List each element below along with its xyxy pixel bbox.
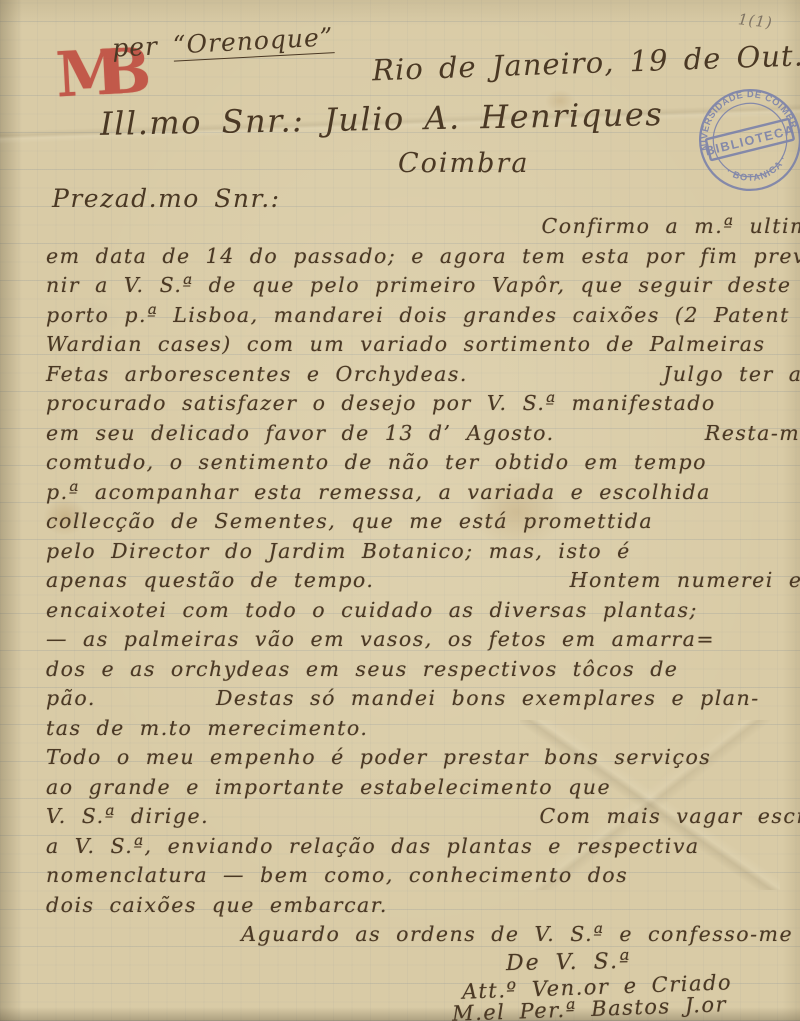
letter-line: — as palmeiras vão em vasos, os fetos em… <box>46 625 790 655</box>
letter-line: comtudo, o sentimento de não ter obtido … <box>46 448 790 478</box>
letter-line: Fetas arborescentes e Orchydeas. Julgo t… <box>46 360 790 390</box>
letter-line: encaixotei com todo o cuidado as diversa… <box>46 596 790 626</box>
letter-line: collecção de Sementes, que me está prome… <box>46 507 790 537</box>
letter-body: Confirmo a m.ª ultima a V. S.ªem data de… <box>46 212 790 950</box>
letter-line: pão. Destas só mandei bons exemplares e … <box>46 684 790 714</box>
library-stamp: UNIVERSIDADE DE COIMBRA · BOTANICA · BIB… <box>694 84 800 196</box>
letter-line: apenas questão de tempo. Hontem numerei … <box>46 566 790 596</box>
letter-line: V. S.ª dirige. Com mais vagar escreverei <box>46 802 790 832</box>
letter-line: Aguardo as ordens de V. S.ª e confesso-m… <box>46 920 790 950</box>
letter-line: ao grande e importante estabelecimento q… <box>46 773 790 803</box>
ship-name: “Orenoque” <box>172 22 334 61</box>
addressee-line: Ill.mo Snr.: Julio A. Henriques <box>100 95 664 143</box>
dateline: Rio de Janeiro, 19 de Out.º 1874 <box>372 35 800 88</box>
closing-valediction: De V. S.ª <box>506 949 632 976</box>
per-label: per <box>111 31 158 62</box>
letter-line: porto p.ª Lisboa, mandarei dois grandes … <box>46 301 790 331</box>
letter-line: dos e as orchydeas em seus respectivos t… <box>46 655 790 685</box>
addressee-city: Coimbra <box>398 148 529 179</box>
shipping-note: per “Orenoque” <box>111 22 334 63</box>
letter-line: Todo o meu empenho é poder prestar bons … <box>46 743 790 773</box>
letter-line: nomenclatura — bem como, conhecimento do… <box>46 861 790 891</box>
stamp-arc-bottom-text: · BOTANICA · <box>723 152 793 190</box>
letter-line: p.ª acompanhar esta remessa, a variada e… <box>46 478 790 508</box>
letter-line: Wardian cases) com um variado sortimento… <box>46 330 790 360</box>
letter-page: 1(1) MB per “Orenoque” Rio de Janeiro, 1… <box>0 0 800 1021</box>
archival-number: 1(1) <box>737 10 773 32</box>
letter-line: dois caixões que embarcar. <box>46 891 790 921</box>
letter-line: a V. S.ª, enviando relação das plantas e… <box>46 832 790 862</box>
letter-line: em seu delicado favor de 13 d’ Agosto. R… <box>46 419 790 449</box>
salutation: Prezad.mo Snr.: <box>52 184 281 213</box>
letter-line: nir a V. S.ª de que pelo primeiro Vapôr,… <box>46 271 790 301</box>
letter-line: pelo Director do Jardim Botanico; mas, i… <box>46 537 790 567</box>
letter-line: procurado satisfazer o desejo por V. S.ª… <box>46 389 790 419</box>
letter-line: em data de 14 do passado; e agora tem es… <box>46 242 790 272</box>
letter-line: Confirmo a m.ª ultima a V. S.ª <box>46 212 790 242</box>
svg-text:· BOTANICA ·: · BOTANICA · <box>723 152 793 190</box>
letter-line: tas de m.to merecimento. <box>46 714 790 744</box>
